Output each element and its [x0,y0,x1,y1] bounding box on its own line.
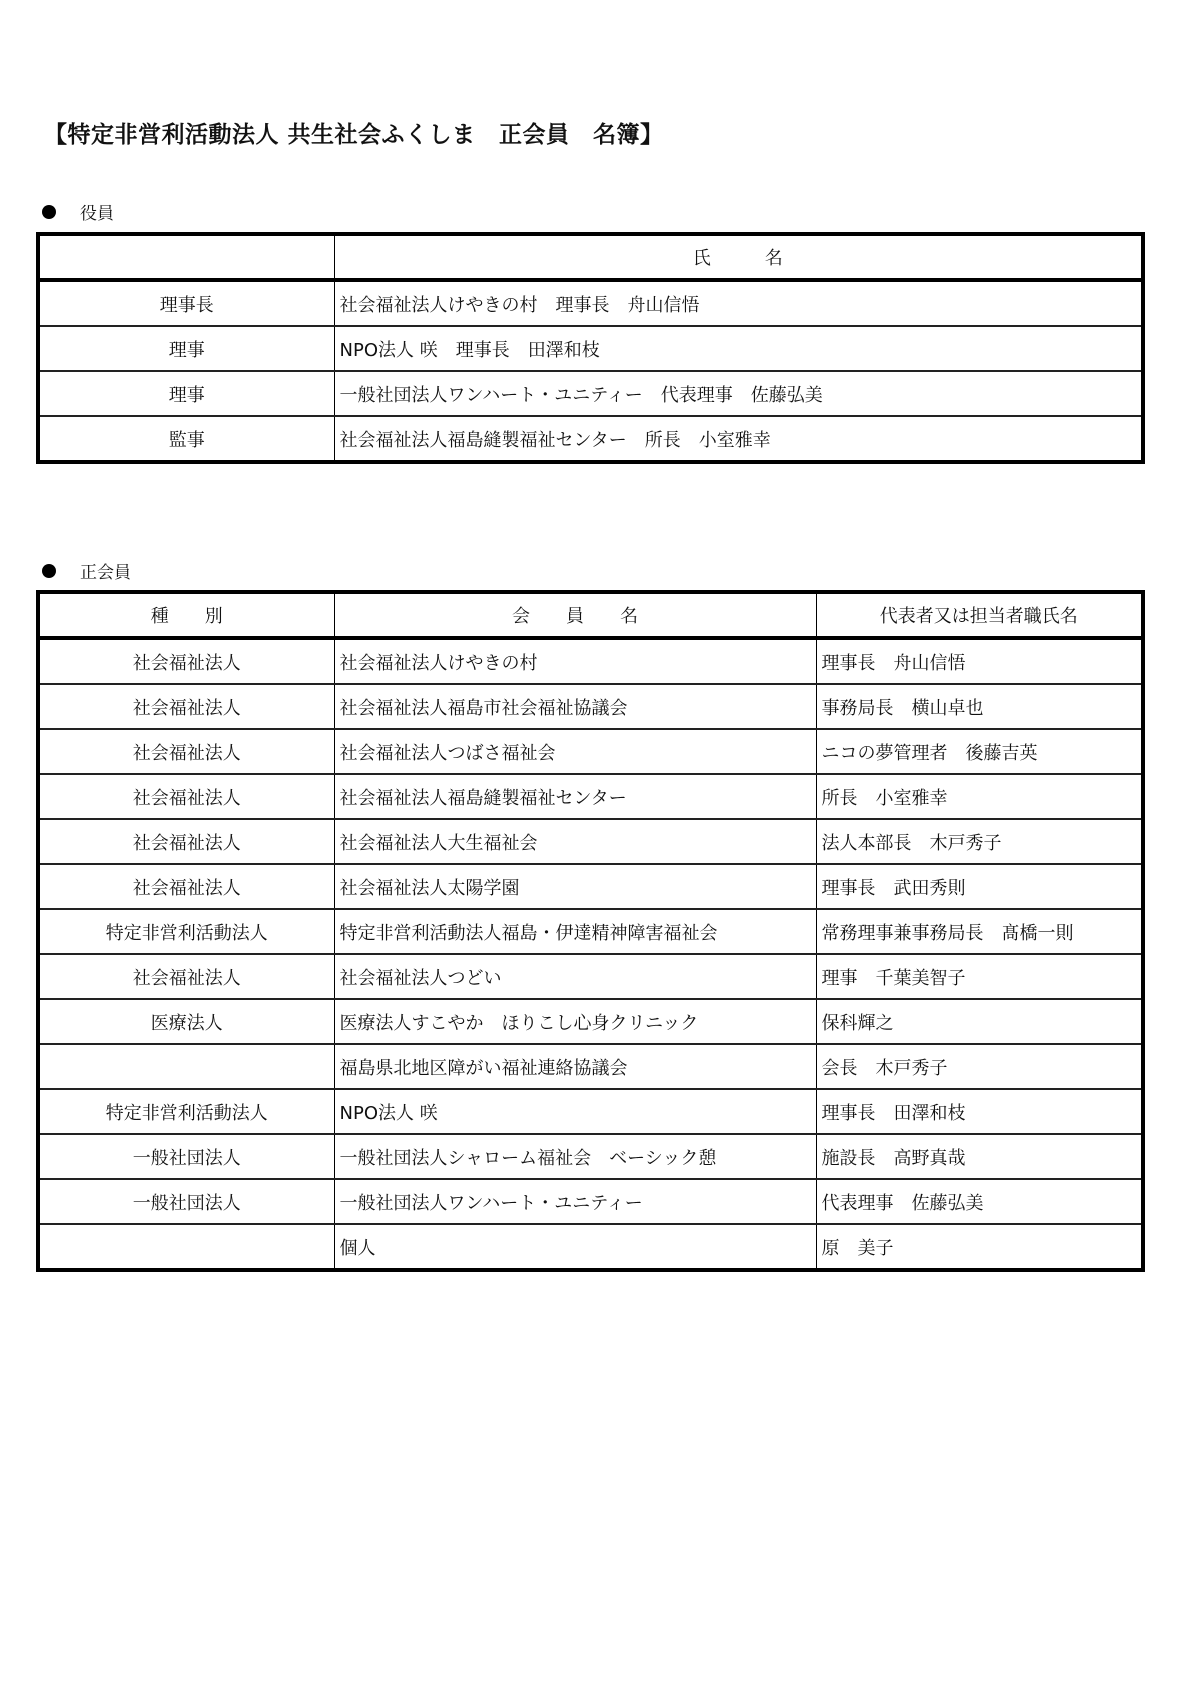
officer-name: NPO法人 咲 理事長 田澤和枝 [334,326,1143,371]
member-representative: 理事 千葉美智子 [816,954,1143,999]
table-row: 一般社団法人 一般社団法人シャローム福祉会 ベーシック憩 施設長 高野真哉 [38,1134,1143,1179]
officer-name: 社会福祉法人福島縫製福祉センター 所長 小室雅幸 [334,416,1143,462]
table-header-row: 氏 名 [38,234,1143,280]
member-representative: ニコの夢管理者 後藤吉英 [816,729,1143,774]
member-name: 一般社団法人ワンハート・ユニティー [334,1179,816,1224]
member-name: 福島県北地区障がい福祉連絡協議会 [334,1044,816,1089]
member-type: 社会福祉法人 [38,729,334,774]
bullet-icon [42,205,56,219]
member-representative: 法人本部長 木戸秀子 [816,819,1143,864]
member-type: 社会福祉法人 [38,684,334,729]
header-name: 氏 名 [334,234,1143,280]
table-row: 社会福祉法人 社会福祉法人けやきの村 理事長 舟山信悟 [38,638,1143,684]
member-name: 社会福祉法人太陽学園 [334,864,816,909]
member-name: 特定非営利活動法人福島・伊達精神障害福祉会 [334,909,816,954]
officer-role: 理事長 [38,280,334,326]
header-role [38,234,334,280]
member-type [38,1224,334,1270]
table-row: 理事 NPO法人 咲 理事長 田澤和枝 [38,326,1143,371]
header-type: 種 別 [38,592,334,638]
member-name: 社会福祉法人けやきの村 [334,638,816,684]
member-representative: 会長 木戸秀子 [816,1044,1143,1089]
table-row: 医療法人 医療法人すこやか ほりこし心身クリニック 保科輝之 [38,999,1143,1044]
table-row: 理事長 社会福祉法人けやきの村 理事長 舟山信悟 [38,280,1143,326]
member-representative: 原 美子 [816,1224,1143,1270]
member-type: 医療法人 [38,999,334,1044]
member-type: 一般社団法人 [38,1134,334,1179]
member-name: 社会福祉法人大生福祉会 [334,819,816,864]
member-type: 社会福祉法人 [38,819,334,864]
member-type: 社会福祉法人 [38,774,334,819]
header-representative: 代表者又は担当者職氏名 [816,592,1143,638]
member-representative: 代表理事 佐藤弘美 [816,1179,1143,1224]
member-name: 医療法人すこやか ほりこし心身クリニック [334,999,816,1044]
section-label-officers: 役員 [42,199,114,224]
officer-role: 理事 [38,326,334,371]
table-row: 福島県北地区障がい福祉連絡協議会 会長 木戸秀子 [38,1044,1143,1089]
member-name: 社会福祉法人つどい [334,954,816,999]
member-type: 特定非営利活動法人 [38,909,334,954]
member-representative: 施設長 高野真哉 [816,1134,1143,1179]
member-type: 社会福祉法人 [38,864,334,909]
table-row: 社会福祉法人 社会福祉法人つばさ福祉会 ニコの夢管理者 後藤吉英 [38,729,1143,774]
table-row: 特定非営利活動法人 NPO法人 咲 理事長 田澤和枝 [38,1089,1143,1134]
member-type: 一般社団法人 [38,1179,334,1224]
member-type: 社会福祉法人 [38,638,334,684]
table-row: 社会福祉法人 社会福祉法人福島市社会福祉協議会 事務局長 横山卓也 [38,684,1143,729]
table-row: 社会福祉法人 社会福祉法人太陽学園 理事長 武田秀則 [38,864,1143,909]
table-row: 社会福祉法人 社会福祉法人大生福祉会 法人本部長 木戸秀子 [38,819,1143,864]
officer-name: 社会福祉法人けやきの村 理事長 舟山信悟 [334,280,1143,326]
member-name: 社会福祉法人福島縫製福祉センター [334,774,816,819]
officer-name: 一般社団法人ワンハート・ユニティー 代表理事 佐藤弘美 [334,371,1143,416]
member-name: 社会福祉法人つばさ福祉会 [334,729,816,774]
officer-role: 理事 [38,371,334,416]
table-row: 監事 社会福祉法人福島縫製福祉センター 所長 小室雅幸 [38,416,1143,462]
member-type: 社会福祉法人 [38,954,334,999]
section-title-members: 正会員 [80,558,131,583]
header-member-name: 会 員 名 [334,592,816,638]
section-title-officers: 役員 [80,199,114,224]
member-representative: 理事長 武田秀則 [816,864,1143,909]
table-header-row: 種 別 会 員 名 代表者又は担当者職氏名 [38,592,1143,638]
member-name: 社会福祉法人福島市社会福祉協議会 [334,684,816,729]
member-representative: 所長 小室雅幸 [816,774,1143,819]
member-representative: 保科輝之 [816,999,1143,1044]
member-type [38,1044,334,1089]
officer-role: 監事 [38,416,334,462]
table-row: 個人 原 美子 [38,1224,1143,1270]
member-name: NPO法人 咲 [334,1089,816,1134]
member-name: 個人 [334,1224,816,1270]
table-row: 社会福祉法人 社会福祉法人つどい 理事 千葉美智子 [38,954,1143,999]
member-representative: 理事長 舟山信悟 [816,638,1143,684]
member-representative: 理事長 田澤和枝 [816,1089,1143,1134]
member-type: 特定非営利活動法人 [38,1089,334,1134]
table-row: 理事 一般社団法人ワンハート・ユニティー 代表理事 佐藤弘美 [38,371,1143,416]
table-row: 特定非営利活動法人 特定非営利活動法人福島・伊達精神障害福祉会 常務理事兼事務局… [38,909,1143,954]
member-representative: 常務理事兼事務局長 髙橋一則 [816,909,1143,954]
member-representative: 事務局長 横山卓也 [816,684,1143,729]
members-table: 種 別 会 員 名 代表者又は担当者職氏名 社会福祉法人 社会福祉法人けやきの村… [36,590,1145,1272]
table-row: 社会福祉法人 社会福祉法人福島縫製福祉センター 所長 小室雅幸 [38,774,1143,819]
member-name: 一般社団法人シャローム福祉会 ベーシック憩 [334,1134,816,1179]
officers-table: 氏 名 理事長 社会福祉法人けやきの村 理事長 舟山信悟 理事 NPO法人 咲 … [36,232,1145,464]
document-title: 【特定非営利活動法人 共生社会ふくしま 正会員 名簿】 [44,116,664,149]
section-label-members: 正会員 [42,558,131,583]
bullet-icon [42,564,56,578]
table-row: 一般社団法人 一般社団法人ワンハート・ユニティー 代表理事 佐藤弘美 [38,1179,1143,1224]
